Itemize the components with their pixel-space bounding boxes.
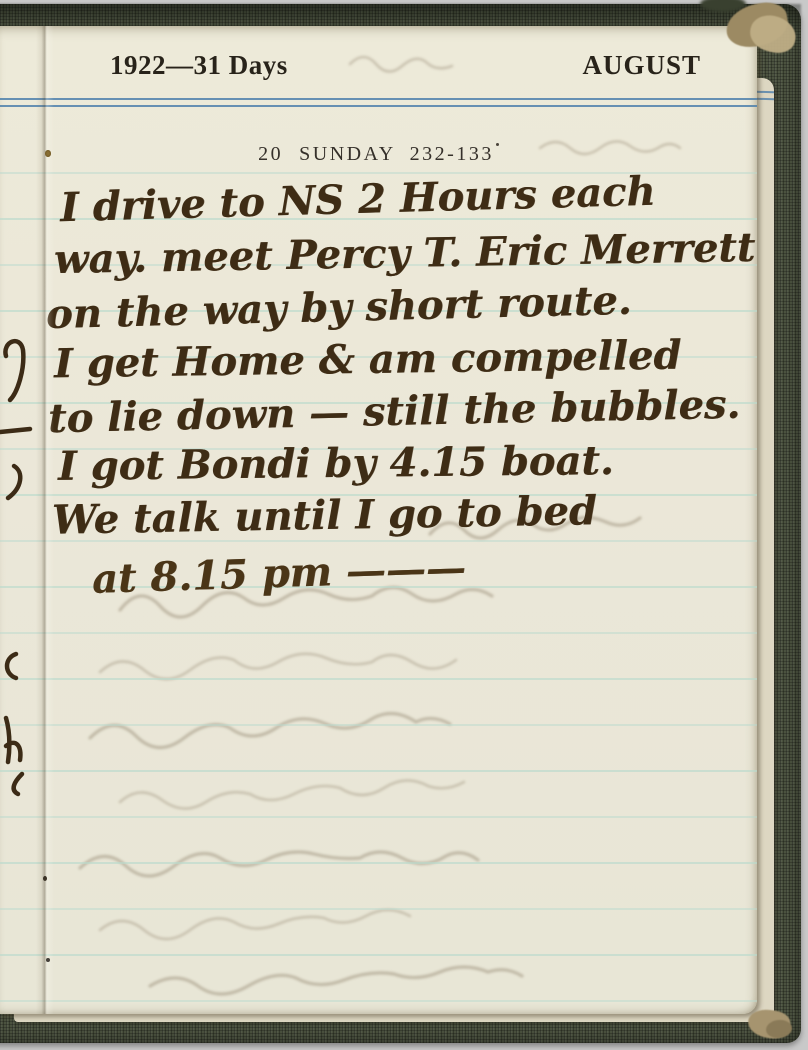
ink-speck bbox=[43, 876, 47, 881]
entry-line: to lie down — still the bubbles. bbox=[48, 381, 741, 442]
gutter-fold bbox=[36, 26, 54, 1014]
diary-photo: 1922—31 Days AUGUST 20SUNDAY232-133 I dr… bbox=[0, 0, 808, 1050]
entry-line: I got Bondi by 4.15 boat. bbox=[58, 437, 614, 490]
entry-line: at 8.15 pm ——— bbox=[91, 544, 466, 603]
entry-line: way. meet Percy T. Eric Merrett bbox=[54, 224, 756, 283]
previous-page-ink-strokes bbox=[0, 26, 40, 1014]
entry-line: I drive to NS 2 Hours each bbox=[59, 168, 656, 232]
diary-page: 1922—31 Days AUGUST 20SUNDAY232-133 I dr… bbox=[0, 26, 757, 1014]
ink-speck bbox=[46, 958, 50, 962]
entry-line: I get Home & am compelled bbox=[54, 332, 682, 388]
foxing-speck bbox=[45, 150, 51, 157]
entry-line: on the way by short route. bbox=[46, 277, 633, 338]
handwriting-entry: I drive to NS 2 Hours each way. meet Per… bbox=[0, 26, 757, 1014]
entry-line: We talk until I go to bed bbox=[52, 487, 598, 544]
